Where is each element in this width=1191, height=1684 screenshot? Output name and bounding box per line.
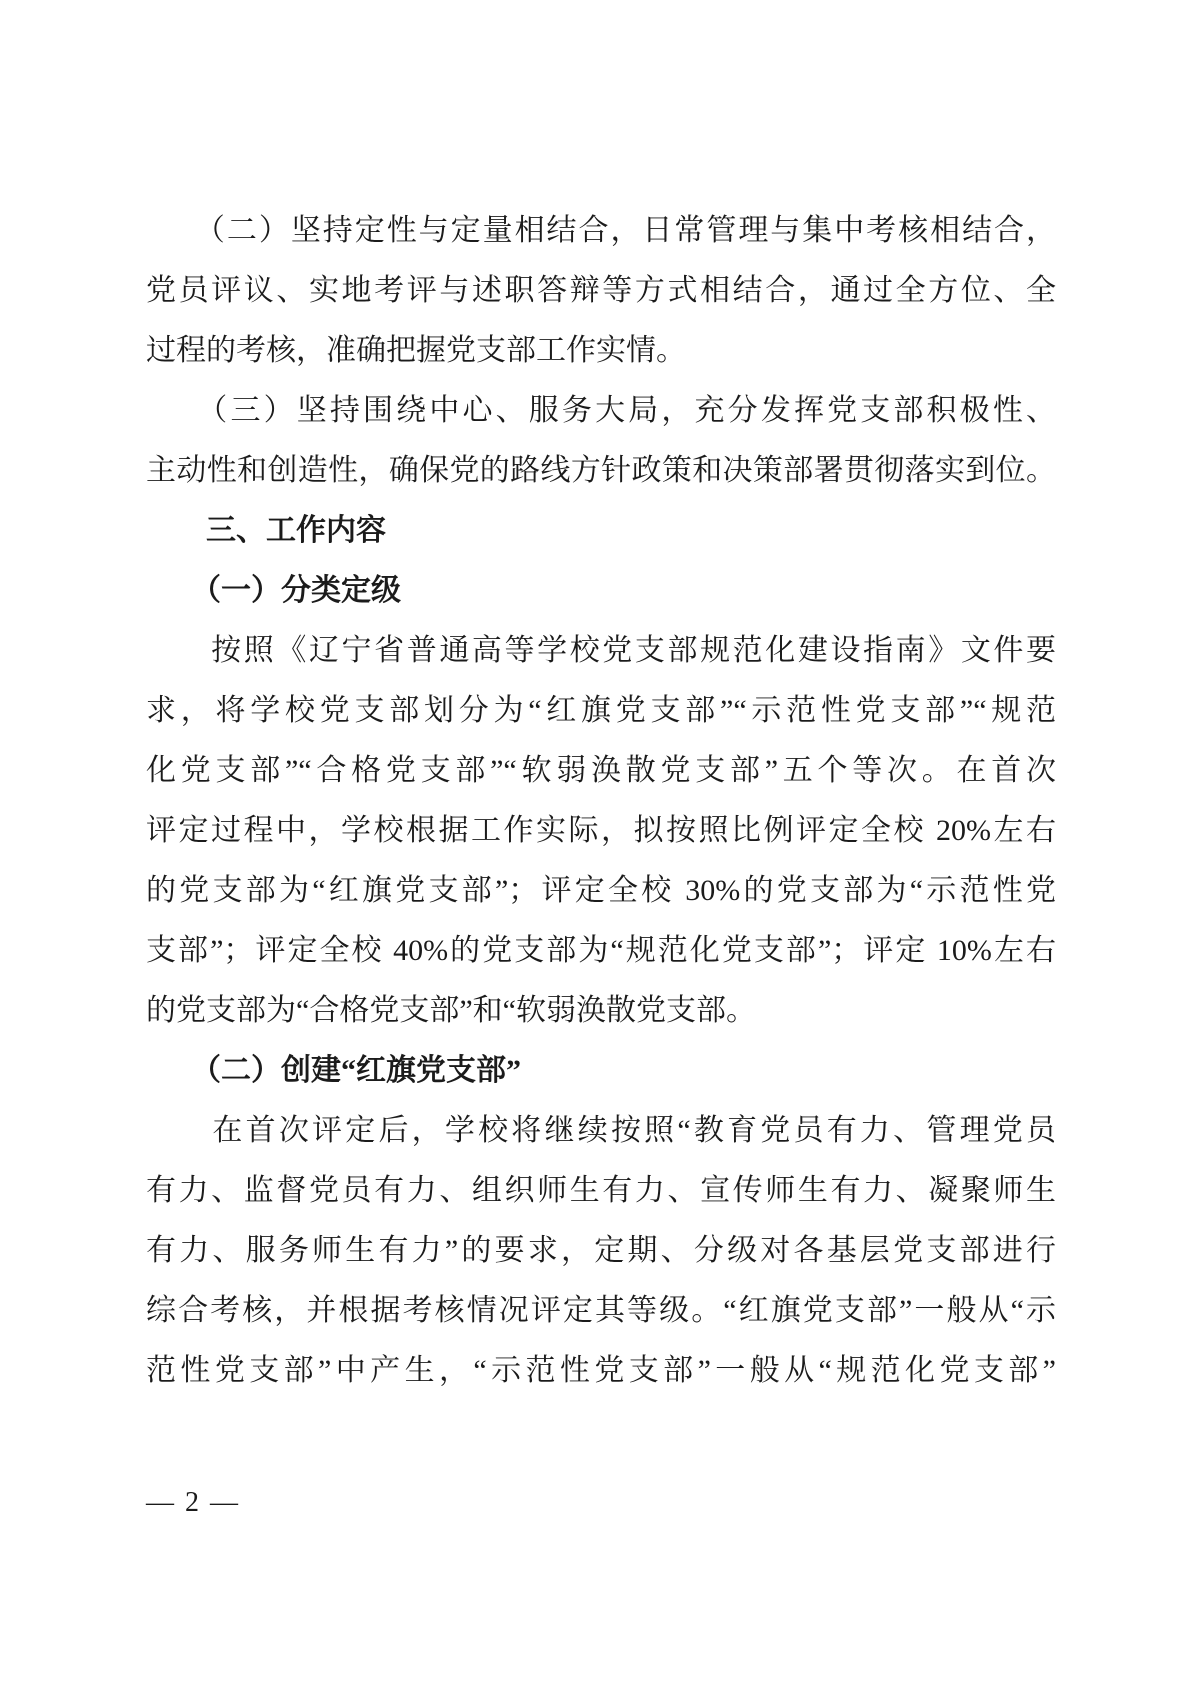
body-line: 评定过程中，学校根据工作实际，拟按照比例评定全校 20%左右 xyxy=(146,801,1056,861)
document-body: （二）坚持定性与定量相结合，日常管理与集中考核相结合， 党员评议、实地考评与述职… xyxy=(146,201,1056,1401)
body-line: （二）坚持定性与定量相结合，日常管理与集中考核相结合， xyxy=(146,201,1056,261)
body-line: 支部”；评定全校 40%的党支部为“规范化党支部”；评定 10%左右 xyxy=(146,921,1056,981)
body-line: 有力、监督党员有力、组织师生有力、宣传师生有力、凝聚师生 xyxy=(146,1161,1056,1221)
body-line: 综合考核，并根据考核情况评定其等级。“红旗党支部”一般从“示 xyxy=(146,1281,1056,1341)
body-line: 有力、服务师生有力”的要求，定期、分级对各基层党支部进行 xyxy=(146,1221,1056,1281)
body-line: 主动性和创造性，确保党的路线方针政策和决策部署贯彻落实到位。 xyxy=(146,441,1056,501)
page-number: — 2 — xyxy=(146,1488,240,1518)
document-page: （二）坚持定性与定量相结合，日常管理与集中考核相结合， 党员评议、实地考评与述职… xyxy=(0,0,1191,1684)
body-line: 在首次评定后，学校将继续按照“教育党员有力、管理党员 xyxy=(146,1101,1056,1161)
body-line: 过程的考核，准确把握党支部工作实情。 xyxy=(146,321,1056,381)
section-heading: 三、工作内容 xyxy=(146,501,1056,561)
body-line: 化党支部”“合格党支部”“软弱涣散党支部”五个等次。在首次 xyxy=(146,741,1056,801)
body-line: 的党支部为“合格党支部”和“软弱涣散党支部。 xyxy=(146,981,1056,1041)
subsection-heading: （一）分类定级 xyxy=(146,561,1056,621)
body-line: 范性党支部”中产生，“示范性党支部”一般从“规范化党支部” xyxy=(146,1341,1056,1401)
body-line: 党员评议、实地考评与述职答辩等方式相结合，通过全方位、全 xyxy=(146,261,1056,321)
subsection-heading: （二）创建“红旗党支部” xyxy=(146,1041,1056,1101)
body-line: 按照《辽宁省普通高等学校党支部规范化建设指南》文件要 xyxy=(146,621,1056,681)
body-line: 求，将学校党支部划分为“红旗党支部”“示范性党支部”“规范 xyxy=(146,681,1056,741)
body-line: 的党支部为“红旗党支部”；评定全校 30%的党支部为“示范性党 xyxy=(146,861,1056,921)
body-line: （三）坚持围绕中心、服务大局，充分发挥党支部积极性、 xyxy=(146,381,1056,441)
